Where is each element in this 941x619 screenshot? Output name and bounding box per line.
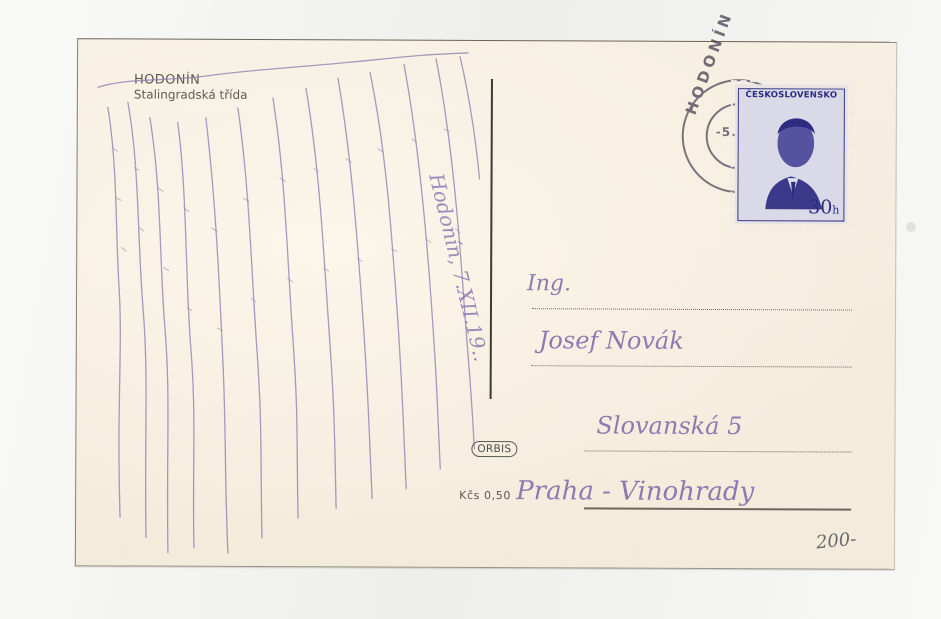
address-rule-3 bbox=[584, 450, 851, 452]
postcard-back: HODONÍN Stalingradská třída bbox=[75, 38, 897, 570]
paper-spot bbox=[906, 222, 916, 232]
handwritten-message bbox=[86, 47, 488, 559]
address-line-3: Slovanská 5 bbox=[596, 411, 742, 440]
address-rule-4 bbox=[584, 507, 851, 510]
postage-stamp: ČESKOSLOVENSKO 30h bbox=[734, 84, 848, 224]
address-line-1: Ing. bbox=[527, 271, 571, 296]
address-rule-2 bbox=[532, 365, 852, 367]
handwriting-strokes bbox=[86, 47, 488, 559]
stamp-denomination: 30h bbox=[808, 196, 839, 218]
stamp-frame: ČESKOSLOVENSKO 30h bbox=[737, 88, 845, 221]
address-rule-1 bbox=[532, 308, 852, 310]
postcard-price: Kčs 0,50 bbox=[459, 489, 511, 502]
postmark-town: HODONÍN bbox=[682, 8, 737, 117]
stamp-value-unit: h bbox=[832, 204, 839, 217]
stamp-value-number: 30 bbox=[808, 196, 832, 218]
address-line-4: Praha - Vinohrady bbox=[516, 476, 754, 507]
address-line-2: Josef Novák bbox=[539, 326, 684, 355]
publisher-logo: ORBIS bbox=[471, 441, 517, 457]
pencil-price-note: 200- bbox=[815, 529, 857, 554]
portrait-icon bbox=[738, 99, 843, 209]
